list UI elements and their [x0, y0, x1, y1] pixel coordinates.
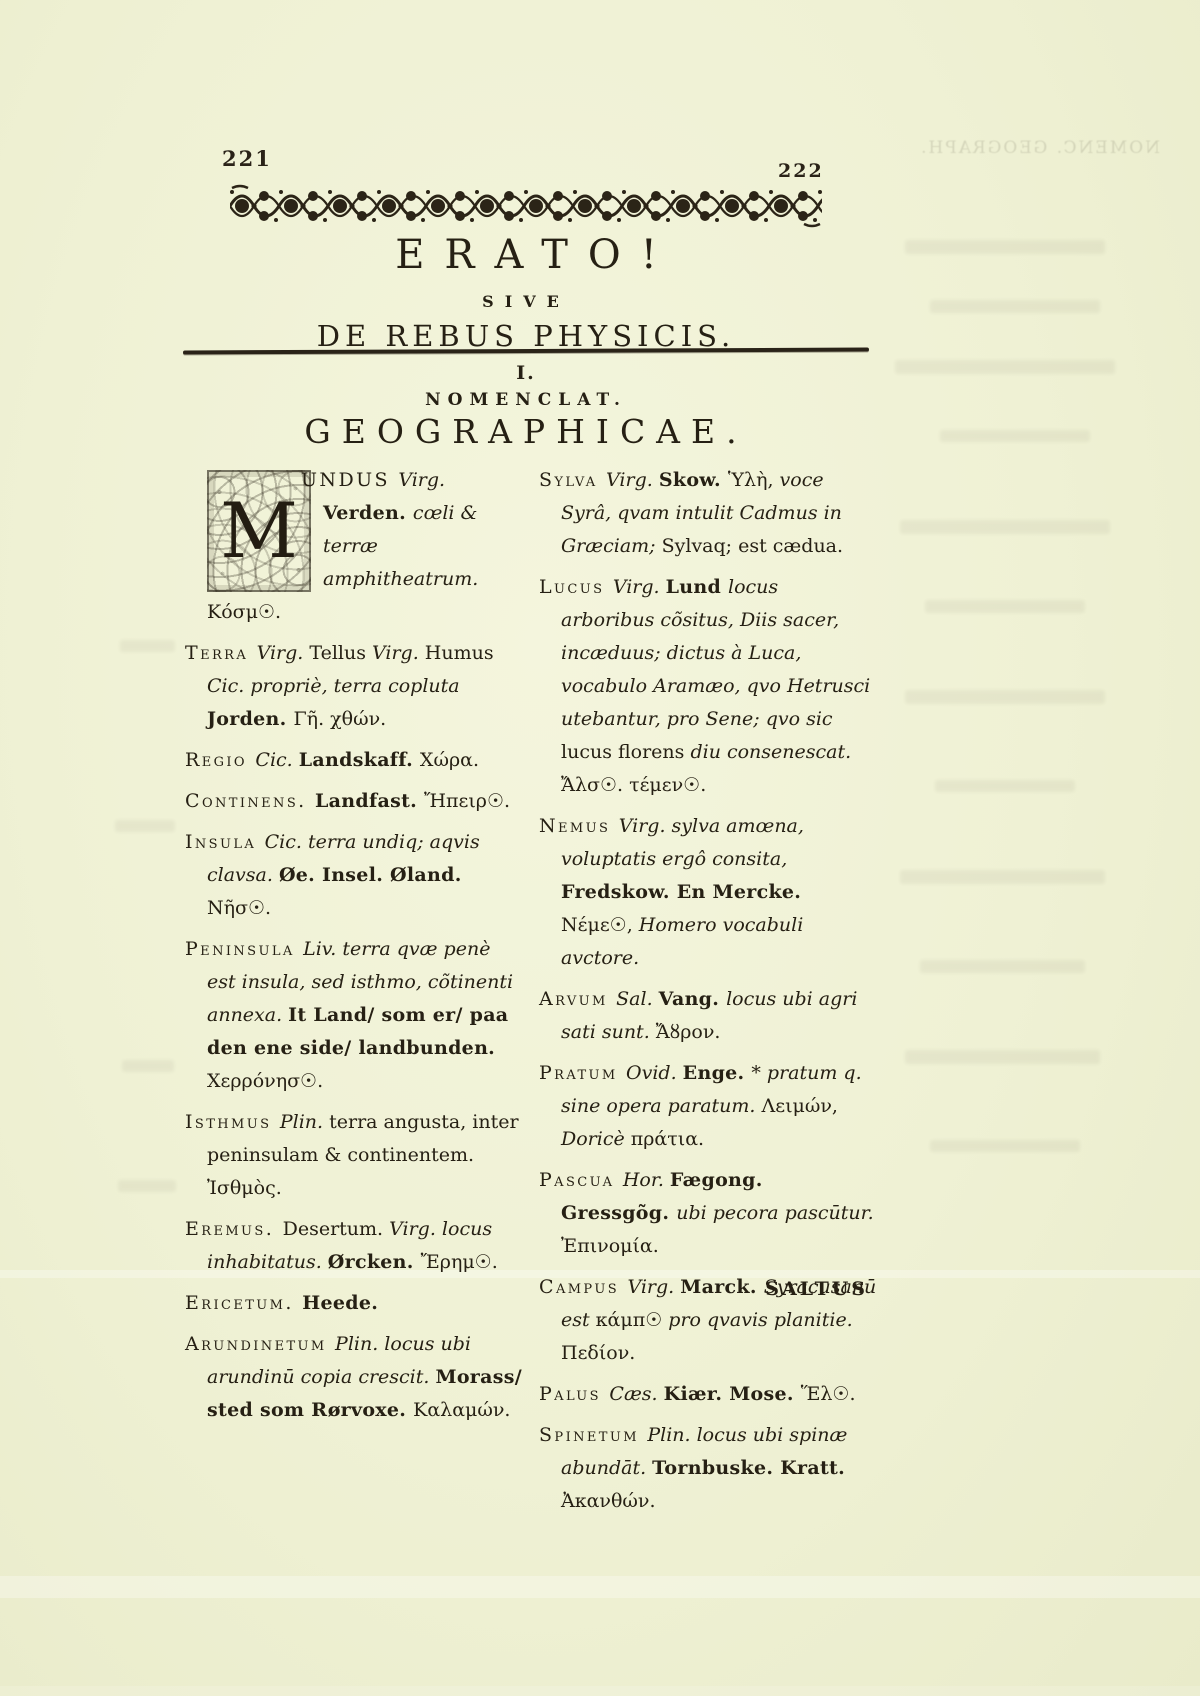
text-run-it: Virg.: [613, 576, 666, 598]
text-run-gr: Ἔρημ☉.: [421, 1251, 498, 1273]
text-run-fr: Tornbuske. Kratt.: [652, 1457, 845, 1479]
text-run-fr: Øe. Insel. Øland.: [279, 864, 462, 886]
text-run-gr: Νέμε☉,: [561, 914, 639, 936]
entry-arundinetum: Arundinetum Plin. locus ubi arundinū cop…: [185, 1328, 523, 1427]
text-run-sc: Palus: [539, 1383, 609, 1405]
show-through-smudge: [920, 960, 1085, 973]
text-run-fr: Skow.: [659, 469, 728, 491]
book-page-scan: 221 222 NOMENC. GEOGRAPH. ERATO! SIVE DE…: [0, 0, 1200, 1696]
show-through-smudge: [930, 1140, 1080, 1152]
text-run-gr: Ἄȣρον.: [656, 1021, 721, 1043]
text-run-sc: Pascua: [539, 1169, 623, 1191]
entry-arvum: Arvum Sal. Vang. locus ubi agri sati sun…: [539, 983, 877, 1049]
entry-lucus: Lucus Virg. Lund locus arboribus cõsitus…: [539, 571, 877, 802]
text-run-gr: Ἤπειρ☉.: [424, 790, 510, 812]
text-run-it: Virg.: [398, 469, 445, 491]
entry-terra: Terra Virg. Tellus Virg. Humus Cic. prop…: [185, 637, 523, 736]
text-run-it: Ovid.: [626, 1062, 683, 1084]
text-run-it: ubi pecora pascūtur.: [676, 1202, 873, 1224]
ornament-band: [230, 184, 822, 228]
text-run-sc: Lucus: [539, 576, 613, 598]
text-run-gr: Ὑλὴ,: [728, 469, 780, 491]
text-run-it: diu consenescat.: [690, 741, 851, 763]
column-left: MUNDUS Virg. Verden. cœli & terræ amphit…: [185, 464, 523, 1526]
show-through-smudge: [122, 1060, 174, 1072]
text-run-sc: Regio: [185, 749, 255, 771]
entry-sylva: Sylva Virg. Skow. Ὑλὴ, voce Syrâ, qvam i…: [539, 464, 877, 563]
text-run-gr: Ἰσθμὸς.: [207, 1177, 282, 1199]
text-run-fr: Vang.: [659, 988, 726, 1010]
text-run-sc: Peninsula: [185, 938, 303, 960]
text-run-gr: Χερρόνησ☉.: [207, 1070, 323, 1092]
entry-peninsula: Peninsula Liv. terra qvæ penè est insula…: [185, 933, 523, 1098]
text-run-rm: lucus florens: [561, 741, 690, 763]
text-run-fr: Landskaff.: [299, 749, 420, 771]
text-run-fr: Heede.: [302, 1292, 378, 1314]
text-run-sc: Spinetum: [539, 1424, 647, 1446]
entry-eremus: Eremus. Desertum. Virg. locus inhabitatu…: [185, 1213, 523, 1279]
section-label: NOMENCLAT.: [185, 390, 867, 410]
show-through-smudge: [900, 520, 1110, 534]
page-number-left: 221: [222, 146, 272, 171]
text-run-rm: Tellus: [309, 642, 372, 664]
text-run-it: locus arboribus cõsitus, Diis sacer, inc…: [561, 576, 870, 730]
show-through-text: NOMENC. GEOGRAPH.: [860, 138, 1160, 158]
entry-mundus: MUNDUS Virg. Verden. cœli & terræ amphit…: [185, 464, 523, 629]
text-run-sc: Nemus: [539, 815, 619, 837]
text-run-sc: Eremus.: [185, 1218, 283, 1240]
catchword: SALTUS: [640, 1278, 868, 1300]
text-run-gr: Χώρα.: [420, 749, 479, 771]
show-through-smudge: [118, 1180, 176, 1192]
page-title: ERATO!: [185, 232, 867, 278]
text-run-gr: Καλαμών.: [413, 1399, 510, 1421]
text-run-fr: Lund: [666, 576, 728, 598]
text-run-fr: Verden.: [323, 502, 413, 524]
text-run-sc: Pratum: [539, 1062, 626, 1084]
text-run-fr: Enge.: [683, 1062, 752, 1084]
text-run-rm: Sylvaq; est cædua.: [662, 535, 843, 557]
text-run-sc: Insula: [185, 831, 265, 853]
text-run-sc: Isthmus: [185, 1111, 280, 1133]
scan-light-band: [0, 1686, 1200, 1696]
text-run-gr: πράτια.: [631, 1128, 704, 1150]
text-run-sc: Terra: [185, 642, 257, 664]
entry-regio: Regio Cic. Landskaff. Χώρα.: [185, 744, 523, 777]
page-number-right: 222: [778, 160, 824, 182]
entry-continens: Continens. Landfast. Ἤπειρ☉.: [185, 785, 523, 818]
entry-ericetum: Ericetum. Heede.: [185, 1287, 523, 1320]
text-run-fr: Ørcken.: [328, 1251, 421, 1273]
text-run-gr: Πεδίον.: [561, 1342, 635, 1364]
text-run-gr: Ἄλσ☉. τέμεν☉.: [561, 774, 706, 796]
text-run-fr: Kiær. Mose.: [664, 1383, 801, 1405]
drop-cap-letter: M: [207, 470, 311, 592]
text-run-gr: Κόσμ☉.: [207, 601, 281, 623]
text-run-it: Virg.: [257, 642, 310, 664]
text-run-it: Virg.: [372, 642, 425, 664]
text-run-fr: Landfast.: [315, 790, 424, 812]
text-run-fr: Jorden.: [207, 708, 294, 730]
show-through-smudge: [905, 690, 1105, 704]
text-run-gr: Νῆσ☉.: [207, 897, 271, 919]
title-sive: SIVE: [185, 292, 867, 311]
text-run-it: Plin.: [280, 1111, 329, 1133]
text-run-it: Hor.: [623, 1169, 670, 1191]
text-run-sc: Ericetum.: [185, 1292, 302, 1314]
text-run-it: Cic.: [255, 749, 298, 771]
text-run-sc: Sylva: [539, 469, 606, 491]
scan-light-band: [0, 1576, 1200, 1598]
show-through-smudge: [900, 870, 1105, 884]
text-run-it: Cic. propriè, terra copluta: [207, 675, 460, 697]
text-run-it: Sal.: [616, 988, 659, 1010]
show-through-smudge: [935, 780, 1075, 792]
text-run-sc: Arvum: [539, 988, 616, 1010]
text-run-sc: Continens.: [185, 790, 315, 812]
column-right: Sylva Virg. Skow. Ὑλὴ, voce Syrâ, qvam i…: [539, 464, 877, 1526]
text-run-sc: UNDUS: [301, 469, 398, 491]
text-run-it: pro qvavis planitie.: [668, 1309, 852, 1331]
show-through-smudge: [120, 640, 175, 652]
section-number: I.: [185, 362, 867, 384]
title-block: ERATO! SIVE DE REBUS PHYSICIS.: [185, 232, 867, 353]
entry-pascua: Pascua Hor. Fægong. Gressgõg. ubi pecora…: [539, 1164, 877, 1263]
show-through-smudge: [940, 430, 1090, 442]
text-run-rm: *: [751, 1062, 767, 1084]
text-run-gr: Ἐπινομία.: [561, 1235, 659, 1257]
show-through-smudge: [895, 360, 1115, 374]
entry-nemus: Nemus Virg. sylva amœna, voluptatis ergô…: [539, 810, 877, 975]
show-through-smudge: [930, 300, 1100, 313]
text-run-rm: Humus: [425, 642, 494, 664]
text-run-sc: Arundinetum: [185, 1333, 335, 1355]
text-run-sc: Campus: [539, 1276, 627, 1298]
text-run-gr: Ἀκανθών.: [561, 1490, 656, 1512]
entry-insula: Insula Cic. terra undiq; aqvis clavsa. Ø…: [185, 826, 523, 925]
show-through-smudge: [905, 1050, 1100, 1064]
text-run-gr: Ἕλ☉.: [801, 1383, 856, 1405]
section-title: GEOGRAPHICAE.: [185, 412, 867, 451]
entry-isthmus: Isthmus Plin. terra angusta, inter penin…: [185, 1106, 523, 1205]
text-columns: MUNDUS Virg. Verden. cœli & terræ amphit…: [185, 464, 877, 1526]
show-through-smudge: [905, 240, 1105, 254]
text-run-gr: Λειμών,: [762, 1095, 838, 1117]
text-run-it: Doricè: [561, 1128, 631, 1150]
text-run-gr: κάμπ☉: [596, 1309, 669, 1331]
entry-palus: Palus Cæs. Kiær. Mose. Ἕλ☉.: [539, 1378, 877, 1411]
show-through-smudge: [925, 600, 1085, 613]
text-run-fr: Fredskow. En Mercke.: [561, 881, 801, 903]
text-run-rm: Desertum.: [283, 1218, 390, 1240]
show-through-smudge: [115, 820, 175, 832]
text-run-it: Virg.: [606, 469, 659, 491]
text-run-gr: Γῆ. χθών.: [294, 708, 387, 730]
entry-pratum: Pratum Ovid. Enge. * pratum q. sine oper…: [539, 1057, 877, 1156]
text-run-it: Cæs.: [609, 1383, 663, 1405]
entry-spinetum: Spinetum Plin. locus ubi spinæ abundāt. …: [539, 1419, 877, 1518]
